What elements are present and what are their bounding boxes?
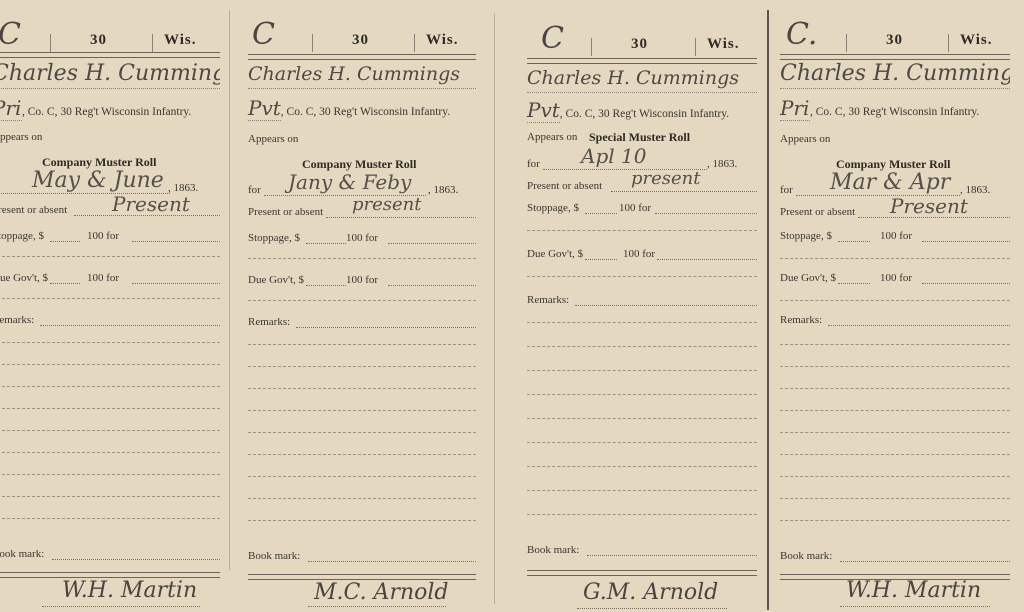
year: , 1863.: [707, 158, 737, 170]
blank-rule: [0, 256, 220, 257]
card-header: C. 30 Wis.: [780, 18, 1010, 54]
stoppage-field: Stoppage, $ 100 for: [780, 226, 1010, 246]
card-header: C 30 Wis.: [0, 18, 220, 54]
due-gov-cents: 100 for: [346, 274, 378, 286]
state-abbrev: Wis.: [960, 32, 992, 49]
present-field: Present or absent Present: [780, 202, 1010, 222]
copyist-signature: M.C. Arnold: [314, 580, 449, 605]
regiment-number: 30: [631, 36, 648, 53]
card-divider: [494, 14, 495, 604]
appears-on-label: Appears on: [527, 131, 577, 143]
company-letter: C: [0, 18, 21, 52]
company-letter: C: [541, 22, 564, 56]
copyist-signature: W.H. Martin: [62, 578, 197, 603]
stoppage-field: Stoppage, $ 100 for: [527, 198, 757, 218]
card-divider: [767, 10, 769, 610]
for-label: for: [527, 158, 540, 170]
present-field: Present or absent present: [527, 176, 757, 196]
remarks-label: Remarks:: [780, 314, 822, 326]
header-separator: [948, 34, 949, 52]
remarks-field: Remarks:: [0, 310, 220, 330]
soldier-name: Charles H. Cumming: [780, 60, 1010, 89]
due-gov-cents: 100 for: [880, 272, 912, 284]
rank: Pri: [780, 96, 810, 121]
service-card-3: C. 30 Wis. Charles H. Cumming Pri, Co. C…: [780, 0, 1010, 612]
unit-text: , Co. C, 30 Reg't Wisconsin Infantry.: [22, 106, 191, 118]
service-card-2: C 30 Wis. Charles H. Cummings Pvt, Co. C…: [527, 0, 757, 612]
service-card-1: C 30 Wis. Charles H. Cummings Pvt, Co. C…: [248, 0, 476, 612]
rank-unit-line: Pri, Co. C, 30 Reg't Wisconsin Infantry.: [780, 96, 1010, 120]
stoppage-label: Stoppage, $: [527, 202, 579, 214]
present-label: Present or absent: [248, 206, 323, 218]
copyist-signature: G.M. Arnold: [583, 580, 718, 605]
year: , 1863.: [428, 184, 458, 196]
bookmark-field: Book mark:: [248, 546, 476, 566]
period-value: Mar & Apr: [830, 170, 950, 195]
appears-on-label: Appears on: [248, 133, 298, 145]
state-abbrev: Wis.: [707, 36, 739, 53]
remarks-label: Remarks:: [527, 294, 569, 306]
appears-on-label: Appears on: [780, 133, 830, 145]
state-abbrev: Wis.: [164, 32, 196, 49]
remarks-field: Remarks:: [248, 312, 476, 332]
stoppage-label: Stoppage, $: [780, 230, 832, 242]
stoppage-label: Stoppage, $: [0, 230, 44, 242]
company-letter: C.: [786, 18, 817, 52]
unit-text: , Co. C, 30 Reg't Wisconsin Infantry.: [281, 106, 450, 118]
remarks-field: Remarks:: [527, 290, 757, 310]
period-value: Jany & Feby: [288, 170, 411, 194]
company-letter: C: [252, 18, 275, 52]
roll-type: Special Muster Roll: [589, 130, 690, 145]
card-header: C 30 Wis.: [527, 22, 757, 58]
rank: Pri: [0, 96, 22, 121]
rank-unit-line: Pri, Co. C, 30 Reg't Wisconsin Infantry.: [0, 96, 220, 120]
regiment-number: 30: [352, 32, 369, 49]
card-divider: [229, 10, 230, 570]
bookmark-label: Book mark:: [0, 548, 44, 560]
rank-unit-line: Pvt, Co. C, 30 Reg't Wisconsin Infantry.: [527, 98, 757, 122]
present-field: Present or absent present: [248, 202, 476, 222]
header-separator: [312, 34, 313, 52]
remarks-label: Remarks:: [248, 316, 290, 328]
present-value: Present: [890, 194, 968, 218]
soldier-name: Charles H. Cummings: [248, 60, 476, 89]
due-gov-field: Due Gov't, $ 100 for: [780, 268, 1010, 288]
copyist-signature: W.H. Martin: [846, 578, 981, 603]
due-gov-field: Due Gov't, $ 100 for: [527, 244, 757, 264]
rank-unit-line: Pvt, Co. C, 30 Reg't Wisconsin Infantry.: [248, 96, 476, 120]
regiment-number: 30: [886, 32, 903, 49]
regiment-number: 30: [90, 32, 107, 49]
card-header: C 30 Wis.: [248, 18, 476, 54]
state-abbrev: Wis.: [426, 32, 458, 49]
stoppage-cents: 100 for: [880, 230, 912, 242]
due-gov-cents: 100 for: [87, 272, 119, 284]
bookmark-label: Book mark:: [527, 544, 579, 556]
soldier-name: Charles H. Cummings: [527, 64, 757, 93]
unit-text: , Co. C, 30 Reg't Wisconsin Infantry.: [810, 106, 979, 118]
for-label: for: [780, 184, 793, 196]
bookmark-label: Book mark:: [780, 550, 832, 562]
soldier-name: Charles H. Cummings: [0, 60, 220, 89]
appears-on-label: Appears on: [0, 131, 42, 143]
due-gov-field: Due Gov't, $ 100 for: [248, 270, 476, 290]
rank: Pvt: [527, 98, 560, 123]
bookmark-field: Book mark:: [780, 546, 1010, 566]
due-gov-label: Due Gov't, $: [248, 274, 304, 286]
present-value: present: [352, 194, 422, 215]
header-separator: [414, 34, 415, 52]
present-value: Present: [112, 192, 190, 216]
stoppage-field: Stoppage, $ 100 for: [0, 226, 220, 246]
due-gov-label: Due Gov't, $: [780, 272, 836, 284]
header-separator: [695, 38, 696, 56]
due-gov-label: Due Gov't, $: [0, 272, 48, 284]
header-separator: [50, 34, 51, 52]
blank-rule: [0, 298, 220, 299]
due-gov-field: Due Gov't, $ 100 for: [0, 268, 220, 288]
present-label: Present or absent: [780, 206, 855, 218]
stoppage-cents: 100 for: [87, 230, 119, 242]
double-rule: [0, 52, 220, 58]
unit-text: , Co. C, 30 Reg't Wisconsin Infantry.: [560, 108, 729, 120]
due-gov-cents: 100 for: [623, 248, 655, 260]
present-label: Present or absent: [0, 204, 67, 216]
double-rule: [527, 570, 757, 576]
present-field: Present or absent Present: [0, 200, 220, 220]
bookmark-field: Book mark:: [0, 544, 220, 564]
period-value: May & June: [32, 168, 164, 193]
header-separator: [591, 38, 592, 56]
period-value: Apl 10: [581, 144, 646, 168]
present-value: present: [631, 168, 701, 189]
service-card-0: C 30 Wis. Charles H. Cummings Pri, Co. C…: [0, 0, 220, 612]
header-separator: [152, 34, 153, 52]
stoppage-field: Stoppage, $ 100 for: [248, 228, 476, 248]
stoppage-cents: 100 for: [619, 202, 651, 214]
bookmark-label: Book mark:: [248, 550, 300, 562]
rank: Pvt: [248, 96, 281, 121]
for-label: for: [248, 184, 261, 196]
stoppage-label: Stoppage, $: [248, 232, 300, 244]
remarks-field: Remarks:: [780, 310, 1010, 330]
remarks-label: Remarks:: [0, 314, 34, 326]
bookmark-field: Book mark:: [527, 540, 757, 560]
stoppage-cents: 100 for: [346, 232, 378, 244]
present-label: Present or absent: [527, 180, 602, 192]
header-separator: [846, 34, 847, 52]
due-gov-label: Due Gov't, $: [527, 248, 583, 260]
